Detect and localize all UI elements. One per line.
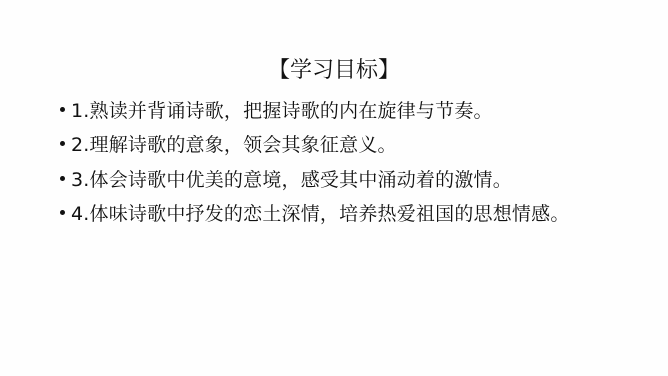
slide-title: 【学习目标】 <box>0 55 668 87</box>
bullet-icon <box>60 141 65 146</box>
bullet-icon <box>60 176 65 181</box>
bullet-icon <box>60 107 65 112</box>
goal-item: 3.体会诗歌中优美的意境，感受其中涌动着的激情。 <box>58 161 570 196</box>
goal-text: 4.体味诗歌中抒发的恋土深情，培养热爱祖国的思想情感。 <box>71 199 570 226</box>
slide: 【学习目标】 1.熟读并背诵诗歌，把握诗歌的内在旋律与节奏。 2.理解诗歌的意象… <box>0 0 668 376</box>
goal-text: 2.理解诗歌的意象，领会其象征意义。 <box>71 130 397 157</box>
bullet-icon <box>60 210 65 215</box>
learning-goals-list: 1.熟读并背诵诗歌，把握诗歌的内在旋律与节奏。 2.理解诗歌的意象，领会其象征意… <box>58 92 570 230</box>
goal-item: 4.体味诗歌中抒发的恋土深情，培养热爱祖国的思想情感。 <box>58 196 570 231</box>
goal-item: 1.熟读并背诵诗歌，把握诗歌的内在旋律与节奏。 <box>58 92 570 127</box>
goal-text: 1.熟读并背诵诗歌，把握诗歌的内在旋律与节奏。 <box>71 96 493 123</box>
goal-text: 3.体会诗歌中优美的意境，感受其中涌动着的激情。 <box>71 165 512 192</box>
goal-item: 2.理解诗歌的意象，领会其象征意义。 <box>58 127 570 162</box>
